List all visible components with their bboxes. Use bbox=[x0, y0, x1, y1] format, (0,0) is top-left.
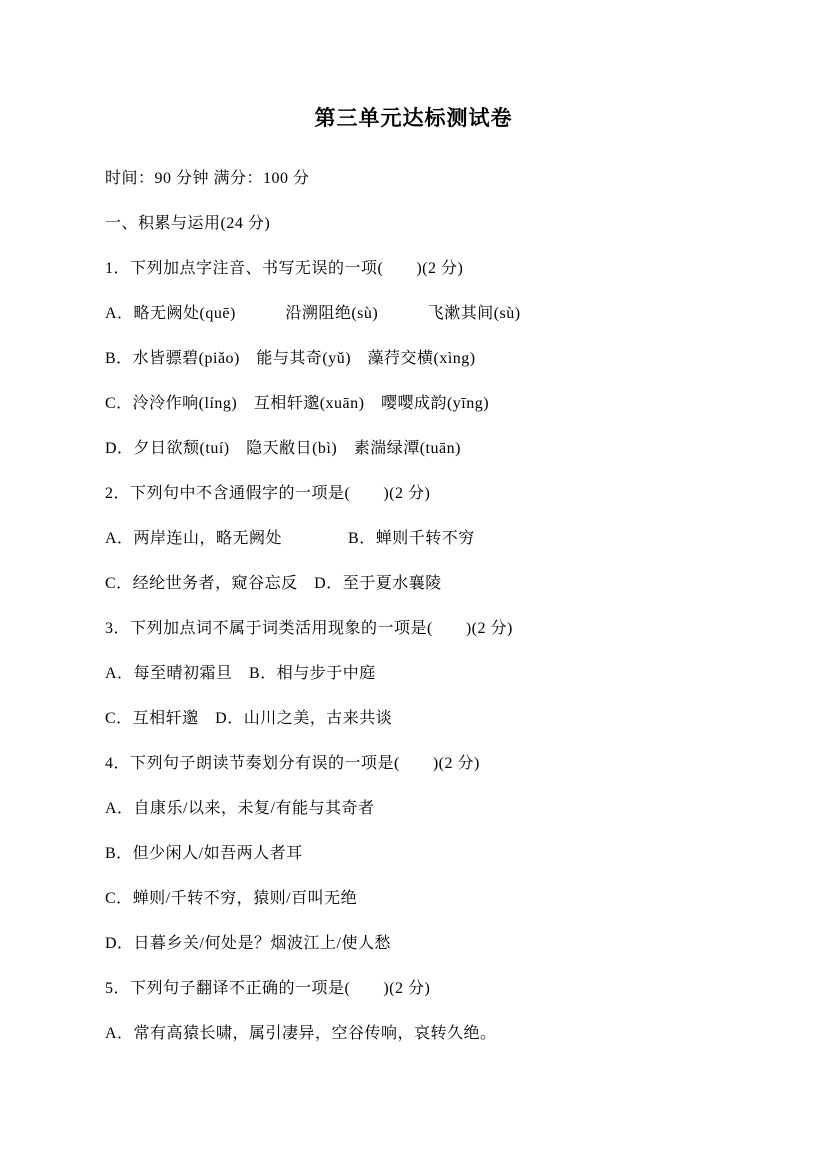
question-2-options-ab: A．两岸连山，略无阙处 B．蝉则千转不穷 bbox=[105, 528, 727, 550]
question-4-option-b: B．但少闲人/如吾两人者耳 bbox=[105, 843, 727, 865]
exam-meta-time-score: 时间：90 分钟 满分：100 分 bbox=[105, 168, 727, 190]
question-2-options-cd: C．经纶世务者，窥谷忘反 D．至于夏水襄陵 bbox=[105, 573, 727, 595]
question-5-stem: 5．下列句子翻译不正确的一项是( )(2 分) bbox=[105, 978, 727, 1000]
question-3-options-ab: A．每至晴初霜旦 B．相与步于中庭 bbox=[105, 663, 727, 685]
question-1-option-b: B．水皆骠碧(piǎo) 能与其奇(yǔ) 藻荇交横(xìng) bbox=[105, 348, 727, 370]
page-title: 第三单元达标测试卷 bbox=[100, 104, 727, 132]
question-3-stem: 3．下列加点词不属于词类活用现象的一项是( )(2 分) bbox=[105, 618, 727, 640]
question-4-option-c: C．蝉则/千转不穷，猿则/百叫无绝 bbox=[105, 888, 727, 910]
document-page: 第三单元达标测试卷 时间：90 分钟 满分：100 分 一、积累与运用(24 分… bbox=[0, 0, 827, 1169]
question-5-option-a: A．常有高猿长啸，属引凄异，空谷传响，哀转久绝。 bbox=[105, 1023, 727, 1045]
section-1-heading: 一、积累与运用(24 分) bbox=[105, 213, 727, 235]
question-4-option-d: D．日暮乡关/何处是？烟波江上/使人愁 bbox=[105, 933, 727, 955]
question-1-option-a: A．略无阙处(quē) 沿溯阻绝(sù) 飞漱其间(sù) bbox=[105, 303, 727, 325]
question-3-options-cd: C．互相轩邈 D．山川之美，古来共谈 bbox=[105, 708, 727, 730]
question-1-option-d: D．夕日欲颓(tuí) 隐天敝日(bì) 素湍绿潭(tuān) bbox=[105, 438, 727, 460]
question-4-option-a: A．自康乐/以来，未复/有能与其奇者 bbox=[105, 798, 727, 820]
question-4-stem: 4．下列句子朗读节奏划分有误的一项是( )(2 分) bbox=[105, 753, 727, 775]
question-1-option-c: C．泠泠作响(líng) 互相轩邈(xuān) 嘤嘤成韵(yīng) bbox=[105, 393, 727, 415]
question-2-stem: 2．下列句中不含通假字的一项是( )(2 分) bbox=[105, 483, 727, 505]
question-1-stem: 1．下列加点字注音、书写无误的一项( )(2 分) bbox=[105, 258, 727, 280]
